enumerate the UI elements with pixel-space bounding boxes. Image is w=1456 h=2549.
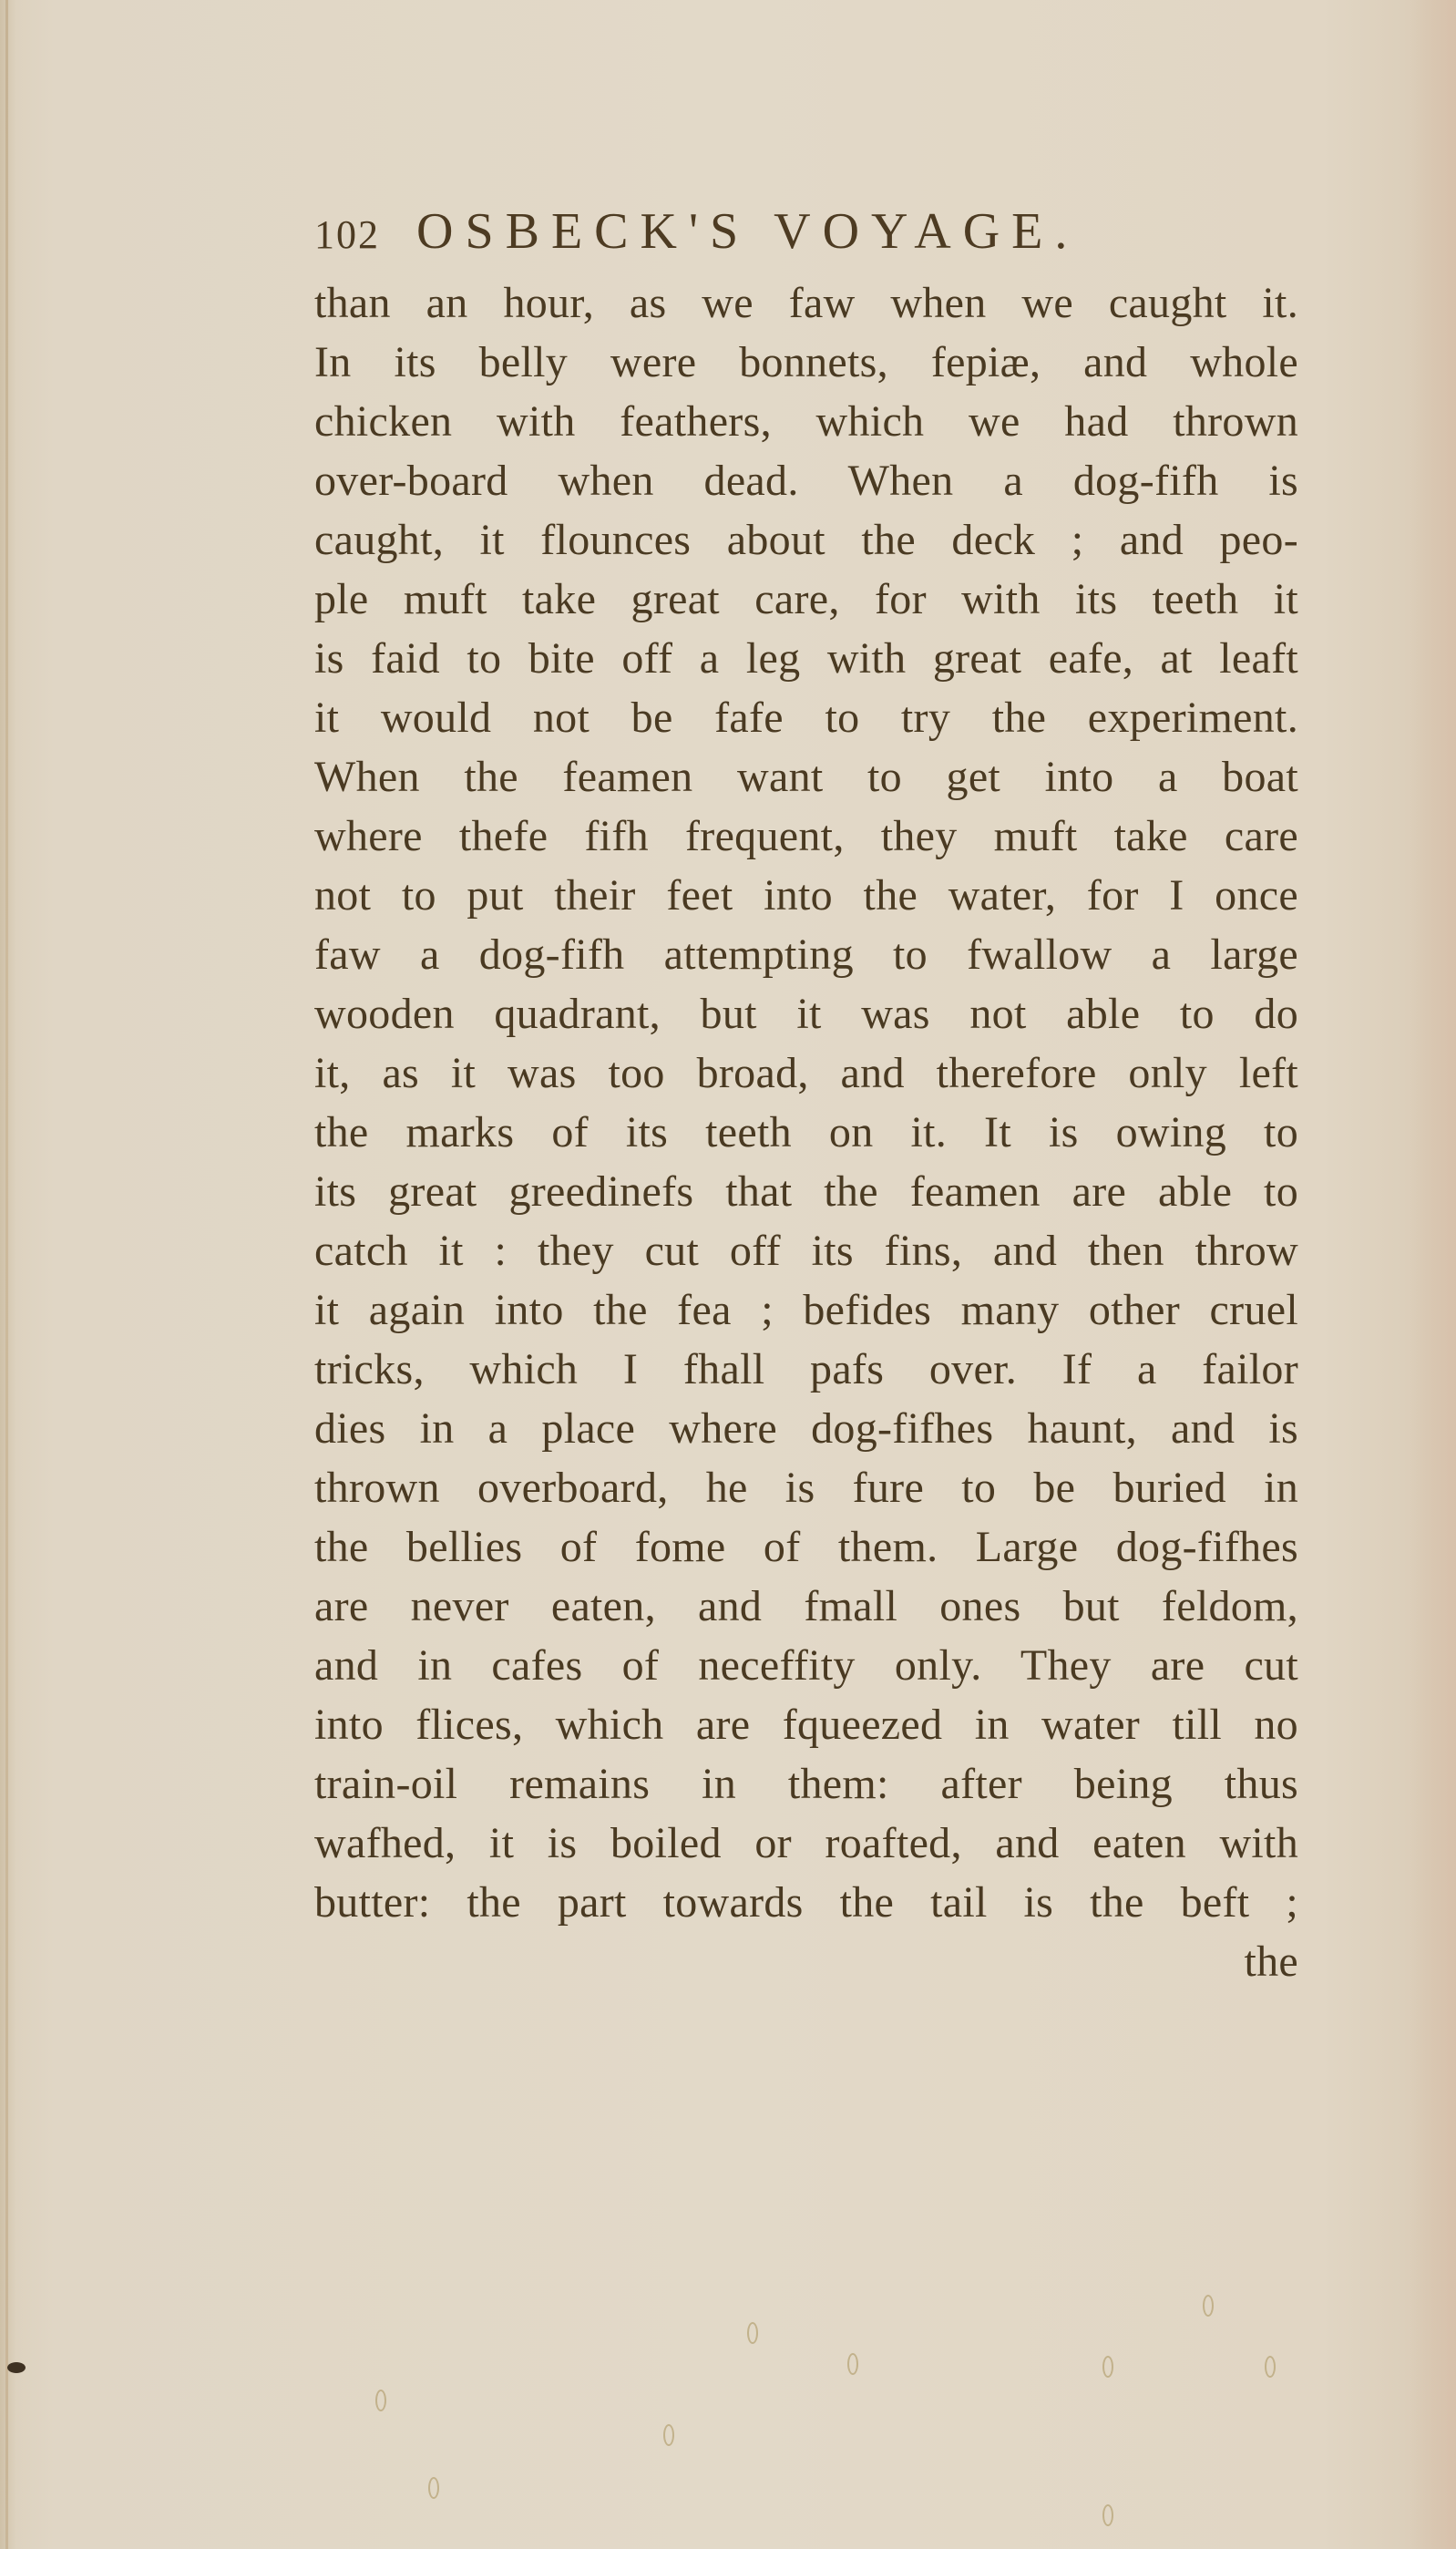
paper-speck: [1102, 2356, 1113, 2378]
text-line: not to put their feet into the water, fo…: [314, 866, 1298, 925]
text-line: it again into the fea ; befides many oth…: [314, 1280, 1298, 1340]
body-text: than an hour, as we faw when we caught i…: [314, 273, 1298, 1991]
text-line: and in cafes of neceffity only. They are…: [314, 1636, 1298, 1695]
text-line: wooden quadrant, but it was not able to …: [314, 984, 1298, 1043]
paper-speck: [847, 2353, 858, 2375]
text-line: In its belly were bonnets, fepiæ, and wh…: [314, 333, 1298, 392]
paper-speck: [1265, 2356, 1276, 2378]
page-right-edge-shadow: [1410, 0, 1456, 2549]
text-line: it would not be fafe to try the experime…: [314, 688, 1298, 747]
ink-blot: [7, 2362, 26, 2373]
text-line: When the feamen want to get into a boat: [314, 747, 1298, 807]
text-line: where thefe fifh frequent, they muft tak…: [314, 807, 1298, 866]
text-line: ple muft take great care, for with its t…: [314, 570, 1298, 629]
book-page: 102 OSBECK'S VOYAGE. than an hour, as we…: [0, 0, 1456, 2549]
text-line: dies in a place where dog-fifhes haunt, …: [314, 1399, 1298, 1458]
text-line: faw a dog-fifh attempting to fwallow a l…: [314, 925, 1298, 984]
running-title: OSBECK'S VOYAGE.: [416, 202, 1079, 261]
text-line: its great greedinefs that the feamen are…: [314, 1162, 1298, 1221]
paper-speck: [747, 2322, 758, 2344]
paper-speck: [1203, 2295, 1214, 2317]
paper-speck: [428, 2477, 439, 2499]
text-line: catch it : they cut off its fins, and th…: [314, 1221, 1298, 1280]
running-head: 102 OSBECK'S VOYAGE.: [314, 202, 1079, 266]
paper-speck: [375, 2390, 386, 2411]
text-line: over-board when dead. When a dog-fifh is: [314, 451, 1298, 510]
text-line: tricks, which I fhall pafs over. If a fa…: [314, 1340, 1298, 1399]
catchword: the: [314, 1932, 1298, 1991]
text-line: caught, it flounces about the deck ; and…: [314, 510, 1298, 570]
text-line: than an hour, as we faw when we caught i…: [314, 273, 1298, 333]
text-line: thrown overboard, he is fure to be burie…: [314, 1458, 1298, 1517]
text-line: chicken with feathers, which we had thro…: [314, 392, 1298, 451]
paper-speck: [663, 2424, 674, 2446]
page-number: 102: [314, 211, 380, 258]
text-line: train-oil remains in them: after being t…: [314, 1754, 1298, 1814]
text-line: are never eaten, and fmall ones but feld…: [314, 1577, 1298, 1636]
text-line: into flices, which are fqueezed in water…: [314, 1695, 1298, 1754]
page-gutter-edge: [5, 0, 8, 2549]
paper-speck: [1102, 2504, 1113, 2526]
text-line: is faid to bite off a leg with great eaf…: [314, 629, 1298, 688]
text-line: it, as it was too broad, and therefore o…: [314, 1043, 1298, 1103]
text-line: the marks of its teeth on it. It is owin…: [314, 1103, 1298, 1162]
text-line: butter: the part towards the tail is the…: [314, 1873, 1298, 1932]
text-line: wafhed, it is boiled or roafted, and eat…: [314, 1814, 1298, 1873]
text-line: the bellies of fome of them. Large dog-f…: [314, 1517, 1298, 1577]
